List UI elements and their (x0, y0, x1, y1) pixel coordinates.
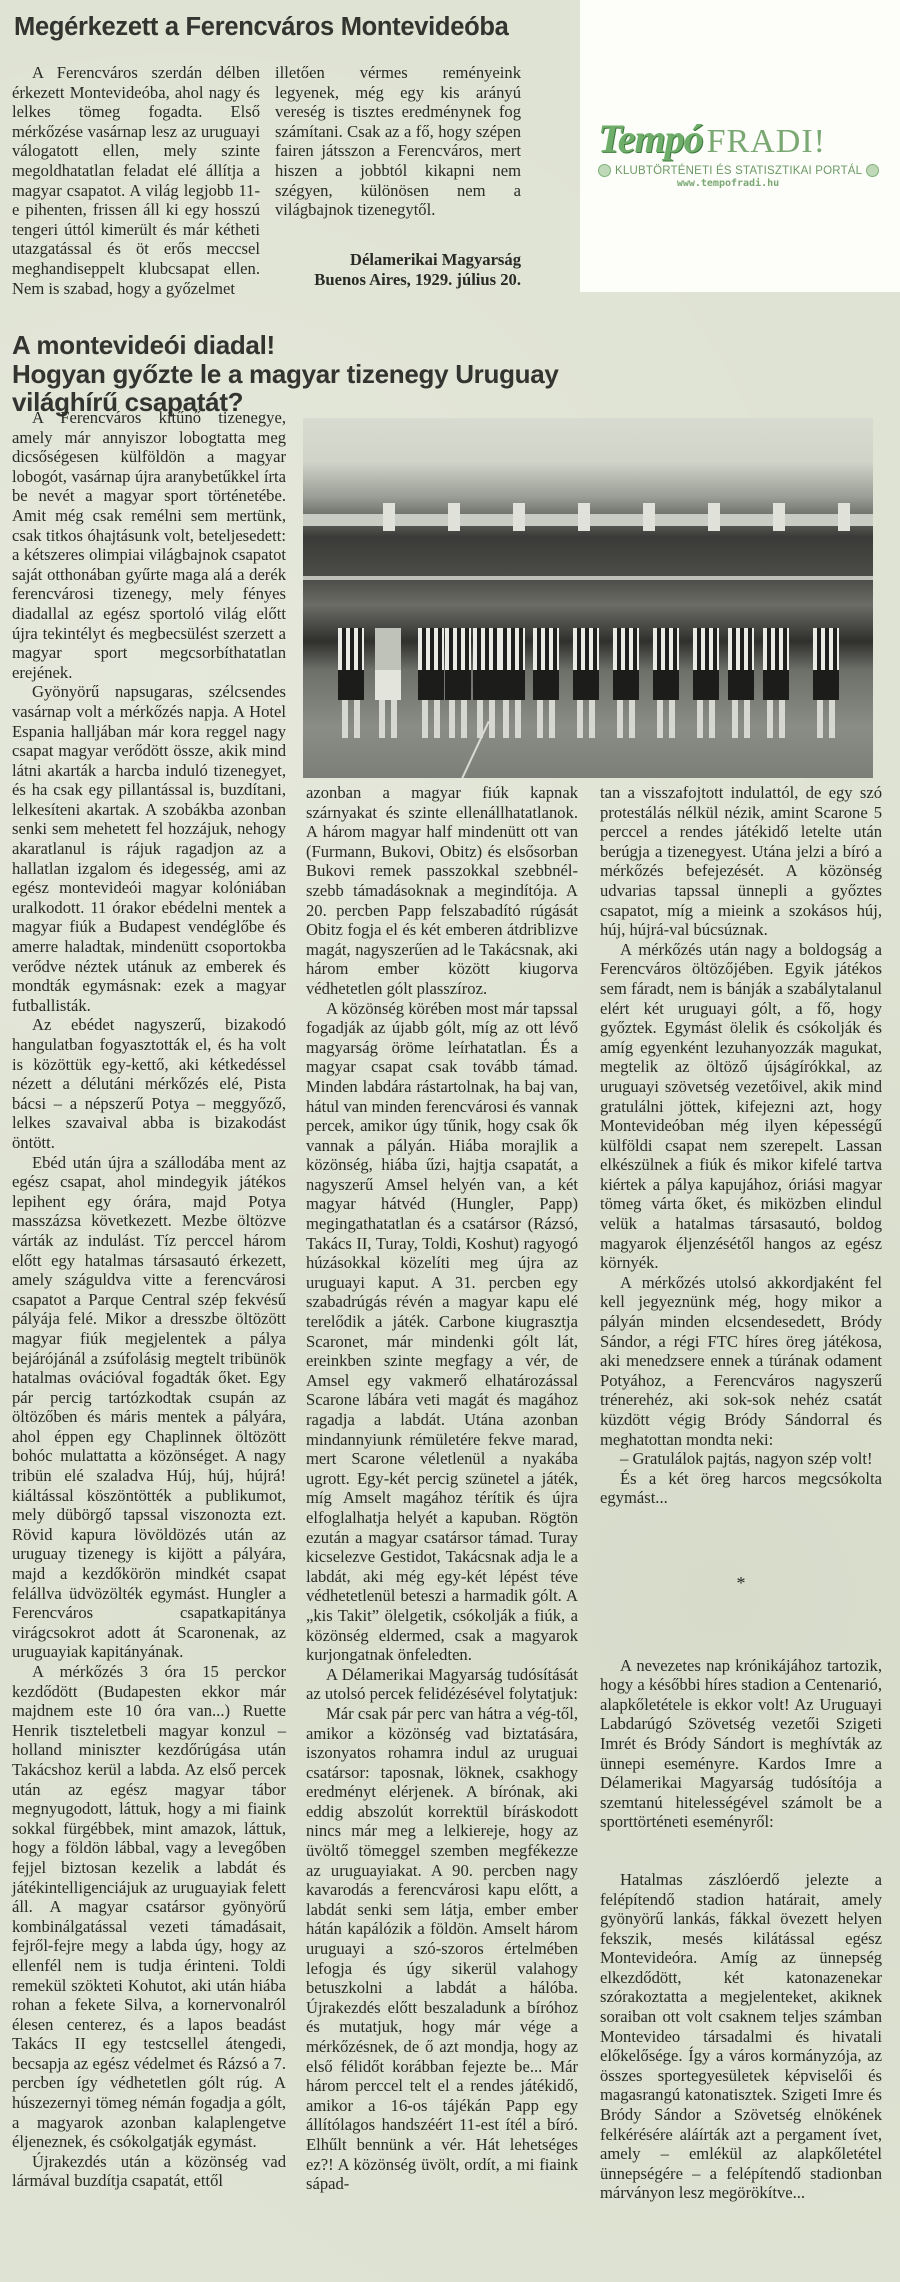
paragraph: azonban a magyar fiúk kapnak szárnyakat … (306, 783, 578, 999)
wall-pillar (838, 503, 850, 531)
logo-subtitle-text: Klubtörténeti és Statisztikai Portál (615, 165, 862, 177)
player-figure (533, 628, 559, 738)
wall-pillar (773, 503, 785, 531)
player-figure (499, 628, 525, 738)
wall-pillar (708, 503, 720, 531)
wall-pillar (513, 503, 525, 531)
paragraph: – Gratulálok pajtás, nagyon szép volt! (600, 1449, 882, 1469)
paragraph: A mérkőzés 3 óra 15 perckor kezdődött (B… (12, 1662, 286, 2152)
paragraph: A mérkőzés utolsó akkordjaként fel kell … (600, 1273, 882, 1449)
paragraph: Ebéd után újra a szállodába ment az egés… (12, 1153, 286, 1662)
paragraph: És a két öreg harcos megcsókolta egymást… (600, 1469, 882, 1508)
paragraph: A Ferencváros szerdán délben érkezett Mo… (12, 63, 260, 298)
byline-place-date: Buenos Aires, 1929. július 20. (275, 270, 521, 290)
player-figure (445, 628, 471, 738)
player-figure (728, 628, 754, 738)
title-line: A montevideói diadal! (12, 331, 622, 360)
player-figure (613, 628, 639, 738)
section-separator: * (600, 1574, 882, 1594)
article1-left-column: A Ferencváros szerdán délben érkezett Mo… (12, 63, 260, 298)
paragraph: Az ebédet nagyszerű, bizakodó hangulatba… (12, 1015, 286, 1152)
logo-script-text: Tempó (598, 116, 703, 161)
paragraph: A közönség körében most már tapssal foga… (306, 999, 578, 1665)
spacer (600, 1594, 882, 1656)
article2-column-2: azonban a magyar fiúk kapnak szárnyakat … (306, 783, 578, 2194)
paragraph: Újrakezdés után a közönség vad lármával … (12, 2152, 286, 2191)
football-icon (866, 164, 879, 177)
logo-panel: Tempó FRADI! Klubtörténeti és Statisztik… (580, 0, 900, 292)
player-figure (338, 628, 364, 738)
paragraph: tan a visszafojtott indulattól, de egy s… (600, 783, 882, 940)
paragraph: Gyönyörű napsugaras, szélcsendes vasárna… (12, 682, 286, 1015)
player-figure (693, 628, 719, 738)
title-line: Hogyan győzte le a magyar tizenegy Urugu… (12, 360, 622, 389)
logo-subtitle: Klubtörténeti és Statisztikai Portál (598, 164, 898, 177)
logo-url: www.tempofradi.hu (598, 178, 858, 189)
player-figure (653, 628, 679, 738)
paragraph: illetően vérmes reményeink legyenek, még… (275, 63, 521, 220)
article1-title: Megérkezett a Ferencváros Montevideóba (14, 12, 574, 42)
wall-pillar (643, 503, 655, 531)
article2-column-3: tan a visszafojtott indulattól, de egy s… (600, 783, 882, 2203)
article2-column-1: A Ferencváros kitűnő tizenegye, amely má… (12, 408, 286, 2191)
paragraph: A Délamerikai Magyarság tudósítását az u… (306, 1665, 578, 1704)
paragraph: Hatalmas zászlóerdő jelezte a felépítend… (600, 1870, 882, 2203)
player-figure (418, 628, 444, 738)
player-figure (813, 628, 839, 738)
logo-caps-text: FRADI! (707, 123, 826, 160)
football-icon (598, 164, 611, 177)
tempofradi-logo: Tempó FRADI! Klubtörténeti és Statisztik… (598, 115, 898, 189)
player-figure (763, 628, 789, 738)
paragraph: A mérkőzés után nagy a boldogság a Feren… (600, 940, 882, 1273)
paragraph: A nevezetes nap krónikájához tartozik, h… (600, 1656, 882, 1832)
byline-source: Délamerikai Magyarság (275, 250, 521, 270)
player-figure (573, 628, 599, 738)
wall-pillar (448, 503, 460, 531)
stand-railing (303, 576, 873, 580)
player-figure (473, 628, 499, 738)
article1-right-column: illetően vérmes reményeink legyenek, még… (275, 63, 521, 220)
wall-pillar (578, 503, 590, 531)
team-photo (303, 418, 873, 778)
paragraph: Már csak pár perc van hátra a vég-től, a… (306, 1704, 578, 2194)
paragraph: A Ferencváros kitűnő tizenegye, amely má… (12, 408, 286, 682)
article2-title: A montevideói diadal! Hogyan győzte le a… (12, 331, 622, 417)
wall-pillar (383, 503, 395, 531)
goalkeeper-figure (375, 628, 401, 738)
article1-byline: Délamerikai Magyarság Buenos Aires, 1929… (275, 250, 521, 290)
spacer (600, 1832, 882, 1870)
spacer (600, 1508, 882, 1574)
